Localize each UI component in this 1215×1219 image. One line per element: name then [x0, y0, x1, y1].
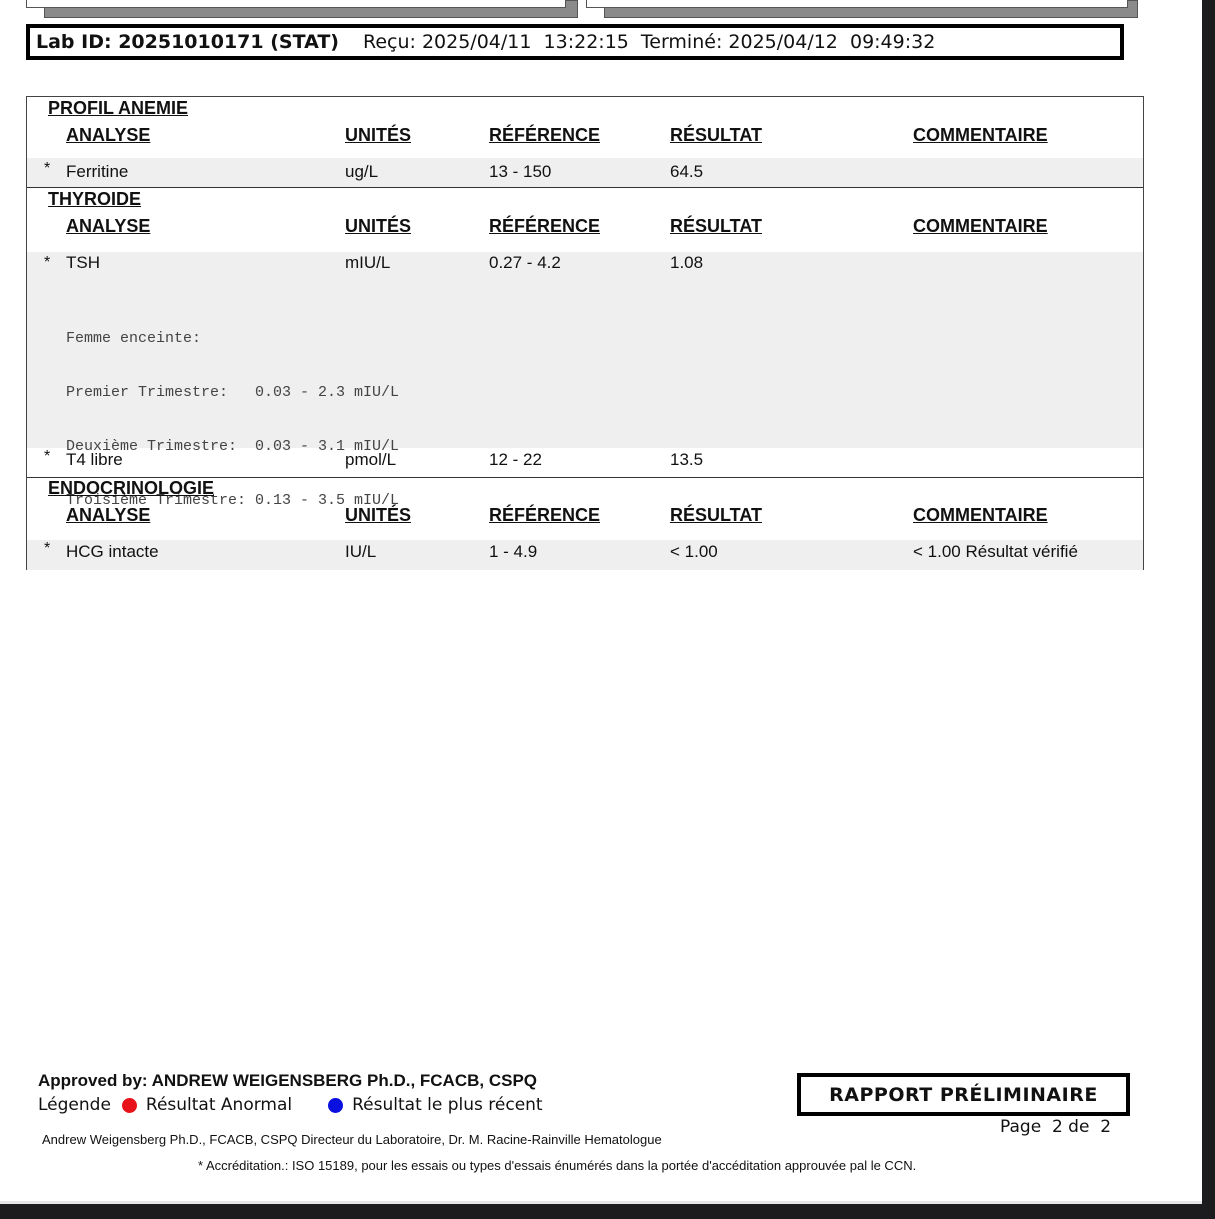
- accreditation-flag: *: [44, 448, 50, 466]
- col-header-reference: RÉFÉRENCE: [489, 216, 600, 237]
- lab-id-bar: Lab ID: 20251010171 (STAT) Reçu: 2025/04…: [26, 24, 1124, 60]
- col-header-units: UNITÉS: [345, 505, 411, 526]
- units: ug/L: [345, 162, 378, 182]
- lab-id: Lab ID: 20251010171 (STAT): [36, 31, 339, 53]
- analyse-name: HCG intacte: [66, 542, 159, 562]
- analyse-name: TSH: [66, 253, 100, 273]
- col-header-analyse: ANALYSE: [66, 125, 150, 146]
- units: pmol/L: [345, 450, 396, 470]
- accreditation-flag: *: [44, 254, 50, 272]
- director-line: Andrew Weigensberg Ph.D., FCACB, CSPQ Di…: [42, 1132, 662, 1147]
- section-title: PROFIL ANEMIE: [48, 98, 188, 119]
- accreditation-flag: *: [44, 160, 50, 178]
- result-value: 1.08: [670, 253, 703, 273]
- section-title: ENDOCRINOLOGIE: [48, 478, 214, 499]
- result-value: < 1.00: [670, 542, 718, 562]
- col-header-reference: RÉFÉRENCE: [489, 125, 600, 146]
- table-row: * Ferritine ug/L 13 - 150 64.5: [27, 158, 1143, 187]
- header-box-left: [26, 0, 566, 8]
- col-header-result: RÉSULTAT: [670, 505, 762, 526]
- comment: < 1.00 Résultat vérifié: [913, 542, 1078, 562]
- col-header-analyse: ANALYSE: [66, 216, 150, 237]
- report-page: Lab ID: 20251010171 (STAT) Reçu: 2025/04…: [0, 0, 1202, 1202]
- result-value: 64.5: [670, 162, 703, 182]
- legend: Légende Résultat Anormal Résultat le plu…: [38, 1095, 543, 1115]
- table-row: * TSH mIU/L 0.27 - 4.2 1.08 Femme encein…: [27, 252, 1143, 448]
- note-line: Premier Trimestre: 0.03 - 2.3 mIU/L: [66, 384, 399, 402]
- units: IU/L: [345, 542, 376, 562]
- red-dot-icon: [122, 1098, 137, 1113]
- col-header-comment: COMMENTAIRE: [913, 125, 1048, 146]
- received-date: Reçu: 2025/04/11 13:22:15: [363, 31, 629, 53]
- analyse-name: T4 libre: [66, 450, 123, 470]
- blue-dot-icon: [328, 1098, 343, 1113]
- section-title: THYROIDE: [48, 189, 141, 210]
- col-header-reference: RÉFÉRENCE: [489, 505, 600, 526]
- col-header-units: UNITÉS: [345, 216, 411, 237]
- page-edge: [0, 1201, 1202, 1204]
- col-header-result: RÉSULTAT: [670, 125, 762, 146]
- section-divider: [27, 187, 1143, 188]
- col-header-comment: COMMENTAIRE: [913, 505, 1048, 526]
- accreditation-flag: *: [44, 540, 50, 558]
- col-header-units: UNITÉS: [345, 125, 411, 146]
- legend-abnormal: Résultat Anormal: [146, 1095, 292, 1115]
- accreditation-note: * Accréditation.: ISO 15189, pour les es…: [198, 1158, 916, 1173]
- note-line: Femme enceinte:: [66, 330, 399, 348]
- results-table: PROFIL ANEMIE ANALYSE UNITÉS RÉFÉRENCE R…: [26, 96, 1144, 570]
- units: mIU/L: [345, 253, 390, 273]
- approved-by: Approved by: ANDREW WEIGENSBERG Ph.D., F…: [38, 1071, 537, 1091]
- legend-label: Légende: [38, 1095, 111, 1115]
- reference-range: 1 - 4.9: [489, 542, 537, 562]
- result-value: 13.5: [670, 450, 703, 470]
- completed-date: Terminé: 2025/04/12 09:49:32: [641, 31, 935, 53]
- legend-most-recent: Résultat le plus récent: [352, 1095, 542, 1115]
- reference-range: 13 - 150: [489, 162, 551, 182]
- preliminary-report-badge: RAPPORT PRÉLIMINAIRE: [797, 1073, 1130, 1116]
- page-number: Page 2 de 2: [1000, 1117, 1111, 1137]
- header-box-right: [586, 0, 1128, 8]
- reference-range: 0.27 - 4.2: [489, 253, 561, 273]
- col-header-analyse: ANALYSE: [66, 505, 150, 526]
- reference-range: 12 - 22: [489, 450, 542, 470]
- table-row: * HCG intacte IU/L 1 - 4.9 < 1.00 < 1.00…: [27, 540, 1143, 570]
- analyse-name: Ferritine: [66, 162, 128, 182]
- table-row: * T4 libre pmol/L 12 - 22 13.5: [27, 448, 1143, 477]
- col-header-comment: COMMENTAIRE: [913, 216, 1048, 237]
- col-header-result: RÉSULTAT: [670, 216, 762, 237]
